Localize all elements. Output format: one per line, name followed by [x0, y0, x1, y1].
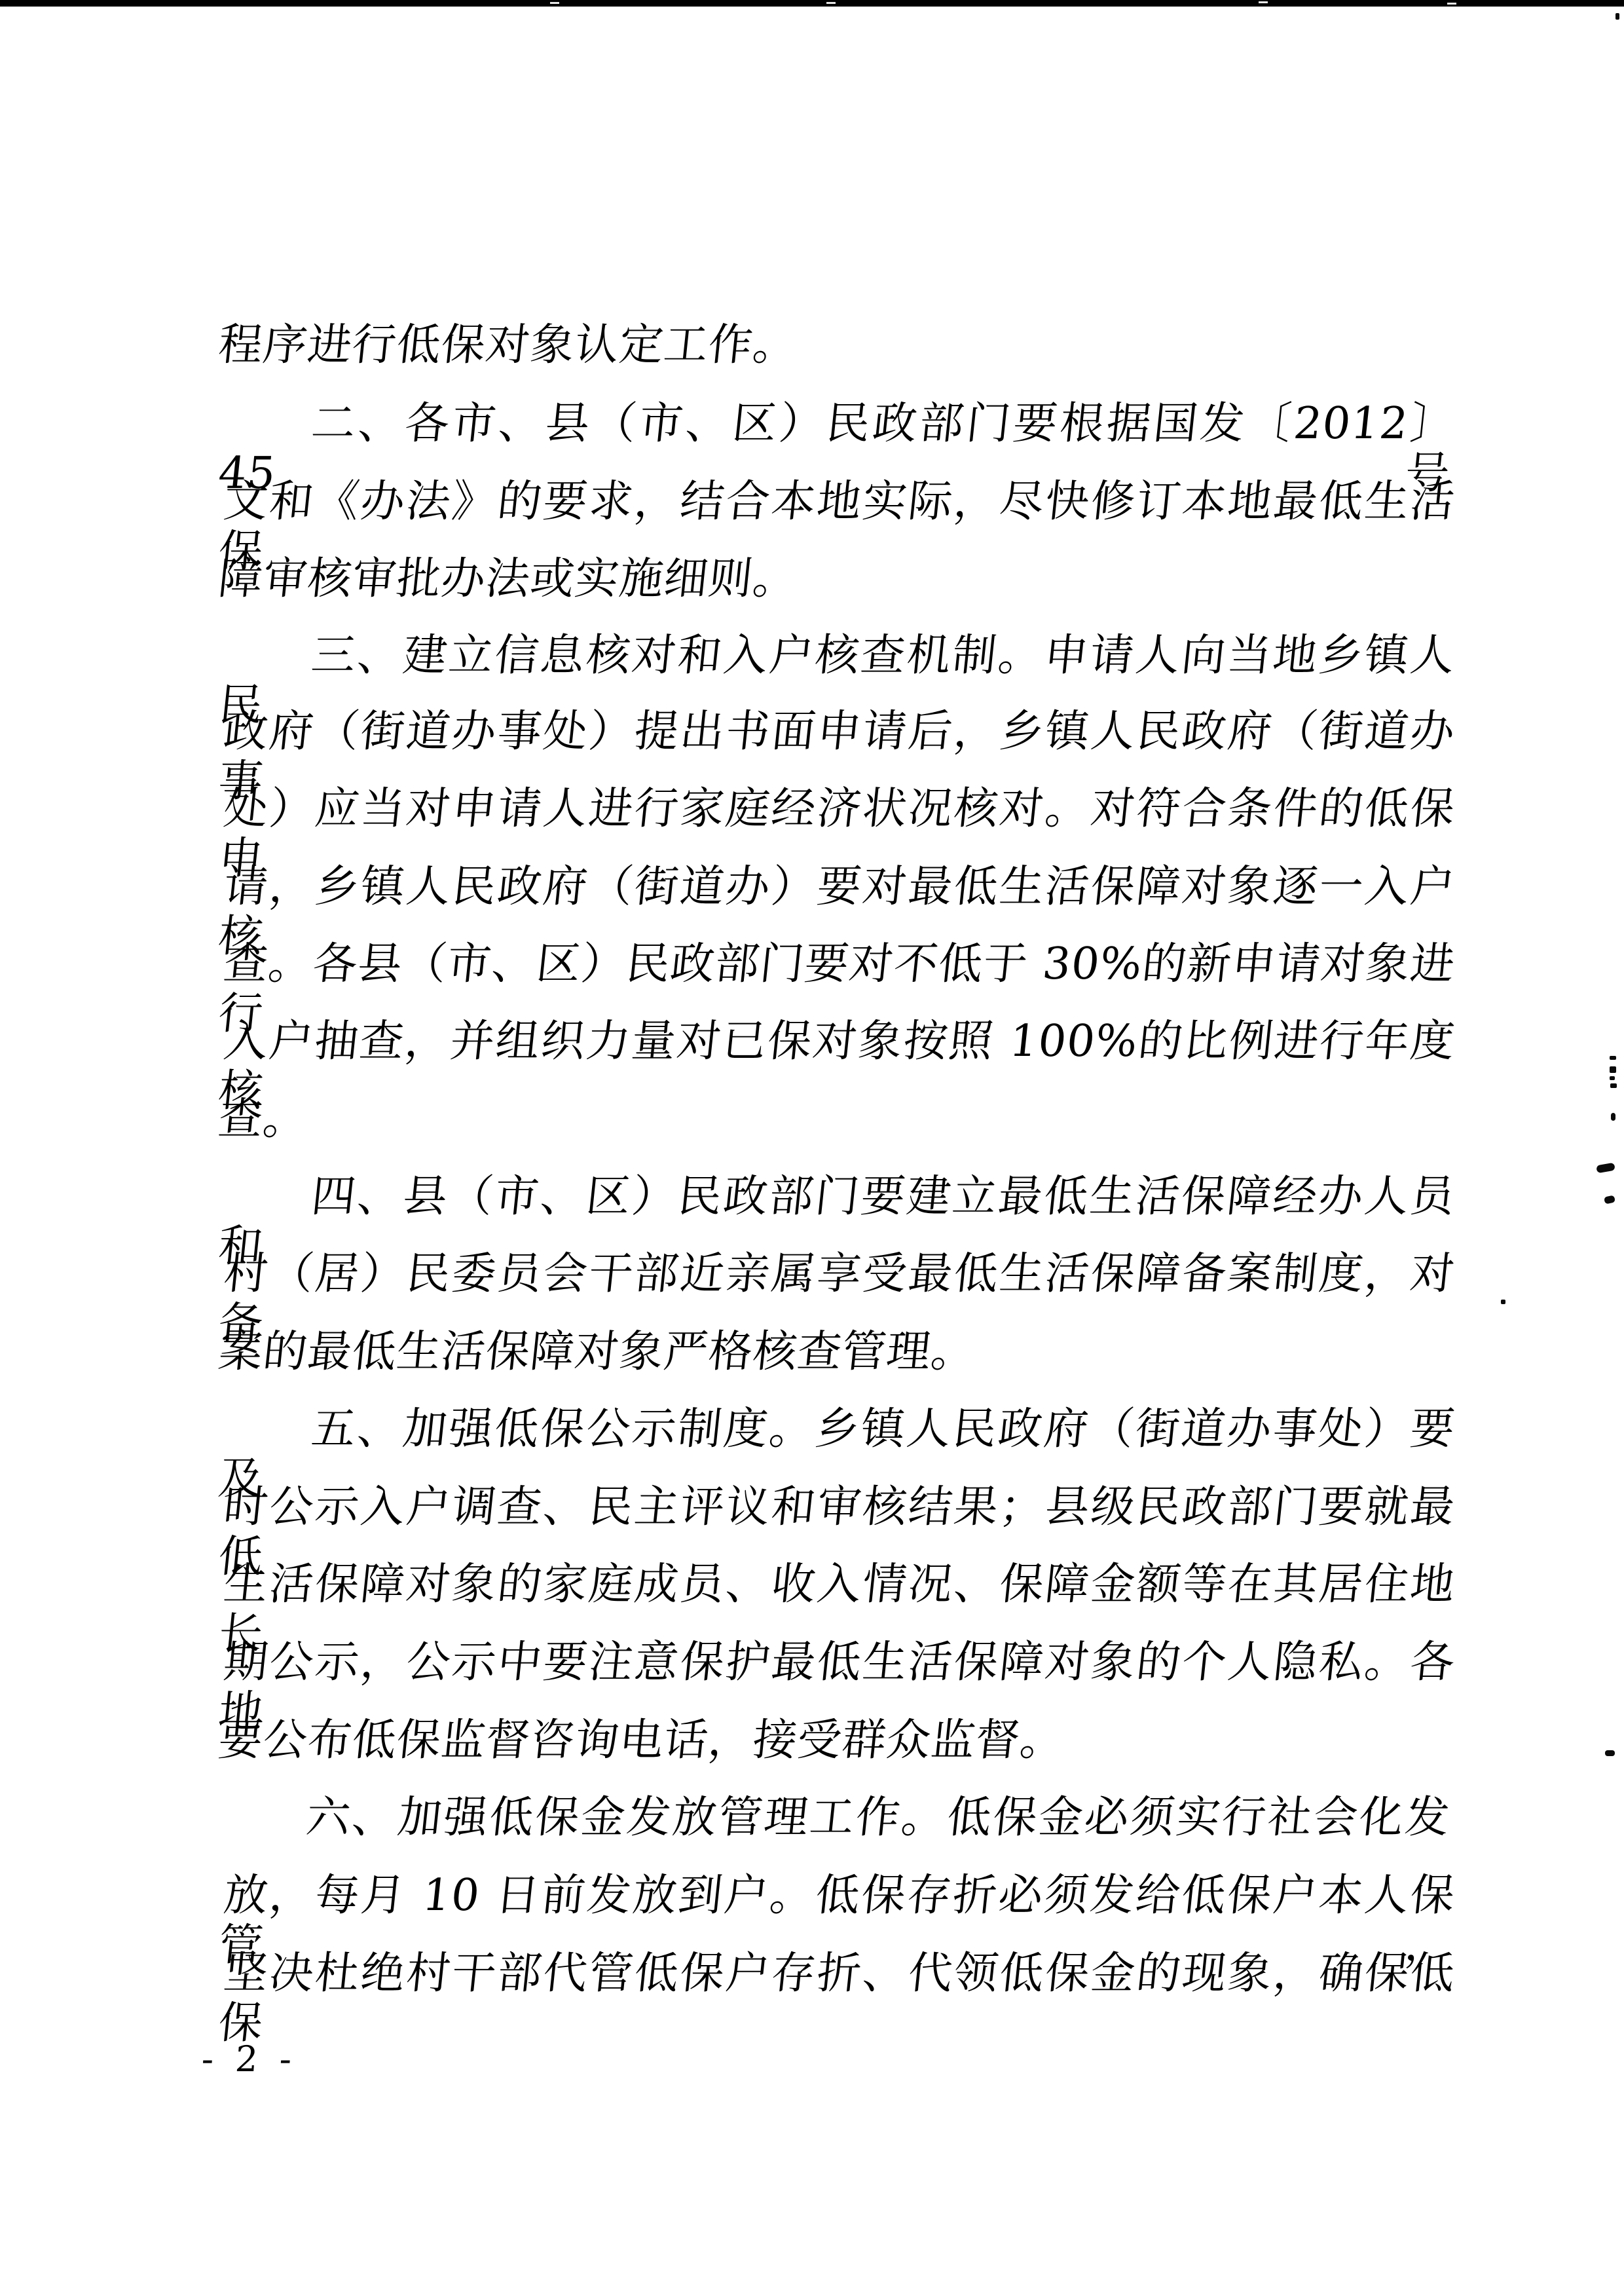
document-text-line: 要公布低保监督咨询电话，接受群众监督。 [216, 1715, 1452, 1765]
document-text-line: 障审核审批办法或实施细则。 [216, 553, 1452, 603]
scan-slit [550, 2, 559, 4]
scan-slit [1259, 1, 1268, 3]
ink-speck [1611, 1113, 1615, 1121]
ink-speck [1610, 1066, 1616, 1073]
ink-stroke [1604, 1195, 1615, 1204]
document-text-line: 程序进行低保对象认定工作。 [216, 320, 1452, 369]
ink-speck [1610, 1056, 1616, 1060]
document-text-line: 六、加强低保金发放管理工作。低保金必须实行社会化发 [216, 1792, 1452, 1842]
ink-stroke [1596, 1163, 1615, 1174]
document-text-line: 坚决杜绝村干部代管低保户存折、代领低保金的现象，确保低保 [216, 1948, 1458, 2048]
page-number: - 2 - [200, 2038, 299, 2080]
ink-speck [1615, 13, 1619, 20]
scan-slit [826, 2, 836, 4]
ink-speck [1501, 1300, 1505, 1304]
document-text-line: 案的最低生活保障对象严格核查管理。 [216, 1326, 1452, 1376]
document-text-line: 查。 [216, 1094, 1452, 1144]
scan-slit [1447, 3, 1456, 5]
ink-speck [1610, 1083, 1617, 1088]
ink-stroke [1605, 1750, 1615, 1756]
scanner-edge-band [0, 0, 1624, 7]
scanned-document-page: 程序进行低保对象认定工作。 二、各市、县（市、区）民政部门要根据国发〔2012〕… [0, 0, 1624, 2269]
ink-speck [1610, 1076, 1615, 1080]
